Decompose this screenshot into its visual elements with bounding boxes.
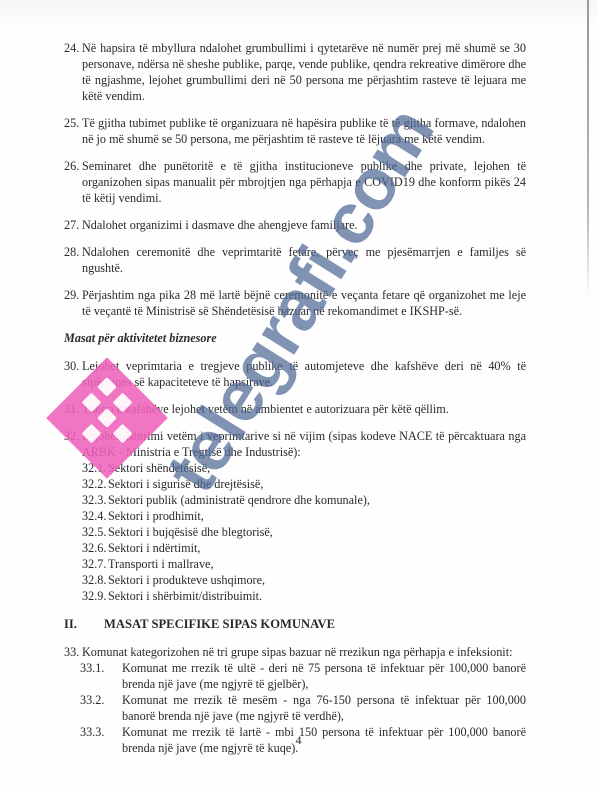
item-text: Të gjitha tubimet publike të organizuara… xyxy=(82,116,526,146)
list-item: 31.Therja e kafshëve lejohet vetëm në am… xyxy=(64,401,526,417)
page-number: 4 xyxy=(0,733,597,748)
item-number: 32.3. xyxy=(82,492,106,508)
list-item: 29.Përjashtim nga pika 28 më lartë bëjnë… xyxy=(64,287,526,319)
item-number: 32.9. xyxy=(82,588,106,604)
section-roman-numeral: II. xyxy=(64,616,104,632)
list-item: 32.1.Sektori shëndetësisë, xyxy=(82,460,526,476)
list-item: 33.1.Komunat me rrezik të ultë - deri në… xyxy=(64,660,526,692)
item-number: 31. xyxy=(64,401,79,417)
list-item: 24.Në hapsira të mbyllura ndalohet grumb… xyxy=(64,40,526,104)
item-number: 24. xyxy=(64,40,79,56)
list-item: 32.Lejohet ushtrimi vetëm i veprimtarive… xyxy=(64,428,526,604)
item-text: Sektori i produkteve ushqimore, xyxy=(108,573,265,587)
item-number: 32.7. xyxy=(82,556,106,572)
item-text: Sektori i prodhimit, xyxy=(108,509,204,523)
item-text: Përjashtim nga pika 28 më lartë bëjnë ce… xyxy=(82,288,526,318)
list-item-33: 33. Komunat kategorizohen në tri grupe s… xyxy=(64,644,526,660)
list-item: 32.3.Sektori publik (administratë qendro… xyxy=(82,492,526,508)
list-item: 32.4.Sektori i prodhimit, xyxy=(82,508,526,524)
item-number: 33.2. xyxy=(80,692,104,708)
item-number: 33.1. xyxy=(80,660,104,676)
item-text: Sektori i sigurisë dhe drejtësisë, xyxy=(108,477,263,491)
scan-edge-line xyxy=(587,0,589,300)
list-item: 32.7.Transporti i mallrave, xyxy=(82,556,526,572)
section-heading: II.MASAT SPECIFIKE SIPAS KOMUNAVE xyxy=(64,616,526,632)
item-number: 25. xyxy=(64,115,79,131)
list-item: 32.8.Sektori i produkteve ushqimore, xyxy=(82,572,526,588)
item-number: 27. xyxy=(64,217,79,233)
item-number: 26. xyxy=(64,158,79,174)
list-item: 33.2.Komunat me rrezik të mesëm - nga 76… xyxy=(64,692,526,724)
item-text: Sektori i shërbimit/distribuimit. xyxy=(108,589,262,603)
item-text: Në hapsira të mbyllura ndalohet grumbull… xyxy=(82,41,526,103)
business-section-heading: Masat për aktivitetet biznesore xyxy=(64,330,526,346)
item-text: Sektori publik (administratë qendrore dh… xyxy=(108,493,370,507)
list-item: 25.Të gjitha tubimet publike të organizu… xyxy=(64,115,526,147)
list-item: 26.Seminaret dhe punëtoritë e të gjitha … xyxy=(64,158,526,206)
list-item: 27.Ndalohet organizimi i dasmave dhe ahe… xyxy=(64,217,526,233)
item-number: 28. xyxy=(64,244,79,260)
item-text: Therja e kafshëve lejohet vetëm në ambie… xyxy=(82,402,449,416)
item-number: 32.6. xyxy=(82,540,106,556)
item-number: 33. xyxy=(64,644,79,660)
list-item: 32.5.Sektori i bujqësisë dhe blegtorisë, xyxy=(82,524,526,540)
item-text: Ndalohet organizimi i dasmave dhe ahengj… xyxy=(82,218,358,232)
item-text: Transporti i mallrave, xyxy=(108,557,214,571)
list-item: 28.Ndalohen ceremonitë dhe veprimtaritë … xyxy=(64,244,526,276)
item-text: Seminaret dhe punëtoritë e të gjitha ins… xyxy=(82,159,526,205)
list-item: 32.6.Sektori i ndërtimit, xyxy=(82,540,526,556)
item-32-sublist: 32.1.Sektori shëndetësisë,32.2.Sektori i… xyxy=(82,460,526,604)
list-item: 32.9.Sektori i shërbimit/distribuimit. xyxy=(82,588,526,604)
item-text: Lejohet ushtrimi vetëm i veprimtarive si… xyxy=(82,429,526,459)
document-content: 24.Në hapsira të mbyllura ndalohet grumb… xyxy=(64,40,526,756)
item-number: 30. xyxy=(64,358,79,374)
item-text: Ndalohen ceremonitë dhe veprimtaritë fet… xyxy=(82,245,526,275)
item-number: 32.8. xyxy=(82,572,106,588)
item-text: Komunat me rrezik të ultë - deri në 75 p… xyxy=(122,661,526,691)
item-number: 32.5. xyxy=(82,524,106,540)
item-number: 32. xyxy=(64,428,79,444)
item-number: 32.4. xyxy=(82,508,106,524)
item-text: Sektori i ndërtimit, xyxy=(108,541,200,555)
item-number: 29. xyxy=(64,287,79,303)
item-text: Sektori shëndetësisë, xyxy=(108,461,210,475)
list-item: 30.Lejohet veprimtaria e tregjeve publik… xyxy=(64,358,526,390)
item-text: Lejohet veprimtaria e tregjeve publike t… xyxy=(82,359,526,389)
list-item: 32.2.Sektori i sigurisë dhe drejtësisë, xyxy=(82,476,526,492)
item-text: Sektori i bujqësisë dhe blegtorisë, xyxy=(108,525,273,539)
item-number: 32.2. xyxy=(82,476,106,492)
section-title: MASAT SPECIFIKE SIPAS KOMUNAVE xyxy=(104,617,335,631)
item-number: 32.1. xyxy=(82,460,106,476)
item-text: Komunat kategorizohen në tri grupe sipas… xyxy=(82,645,512,659)
document-page: 24.Në hapsira të mbyllura ndalohet grumb… xyxy=(0,0,597,787)
item-text: Komunat me rrezik të mesëm - nga 76-150 … xyxy=(122,693,526,723)
